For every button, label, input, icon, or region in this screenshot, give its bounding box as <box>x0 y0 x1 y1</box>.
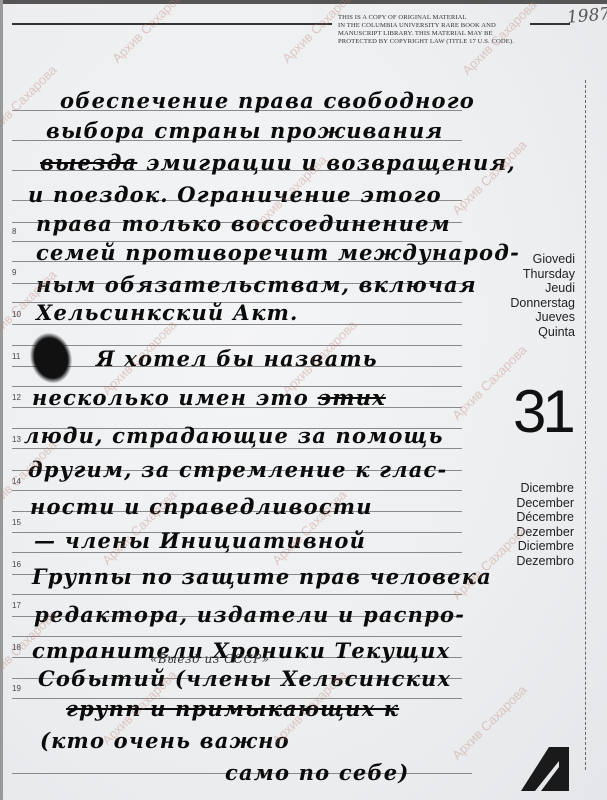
weekday-label: Giovedi <box>510 252 575 267</box>
handwritten-line: редактора, издатели и распро- <box>34 602 465 627</box>
copyright-line: IN THE COLUMBIA UNIVERSITY RARE BOOK AND <box>338 22 526 30</box>
line-number: 15 <box>12 518 21 527</box>
handwritten-line: Я хотел бы назвать <box>96 346 378 371</box>
handwritten-line: Группы по защите прав человека <box>32 564 492 589</box>
ruled-line <box>12 490 462 491</box>
copyright-notice: THIS IS A COPY OF ORIGINAL MATERIAL IN T… <box>338 14 526 48</box>
scribbled-out-word <box>24 327 78 388</box>
month-list: Dicembre December Décembre Dezember Dici… <box>516 481 574 568</box>
handwritten-line: — члены Инициативной <box>34 528 366 553</box>
month-label: Dezembro <box>516 554 574 569</box>
ruled-line <box>12 448 462 449</box>
copyright-line: THIS IS A COPY OF ORIGINAL MATERIAL <box>338 14 526 22</box>
weekday-label: Jueves <box>510 310 575 325</box>
handwritten-line: само по себе) <box>225 760 409 785</box>
line-text: несколько имен это <box>32 385 309 410</box>
month-label: December <box>516 496 574 511</box>
month-label: Dicembre <box>516 481 574 496</box>
handwritten-line: Событий (члены Хельсинских <box>38 666 451 691</box>
line-number: 19 <box>12 684 21 693</box>
handwritten-line: несколько имен это этих <box>32 385 386 410</box>
copyright-line: MANUSCRIPT LIBRARY. THIS MATERIAL MAY BE <box>338 30 526 38</box>
month-label: Décembre <box>516 510 574 525</box>
ruled-line <box>530 23 570 25</box>
weekday-label: Donnerstag <box>510 296 575 311</box>
handwritten-line: выбора страны проживания <box>46 118 443 143</box>
handwritten-line: ным обязательствам, включая <box>36 272 477 297</box>
ruled-line <box>12 23 332 25</box>
watermark: Архив Сахарова <box>109 0 189 66</box>
weekday-label: Thursday <box>510 267 575 282</box>
line-number: 11 <box>12 352 20 361</box>
diary-page: 8 9 10 11 12 13 14 15 16 17 18 19 THIS I… <box>0 0 607 800</box>
day-number: 31 <box>513 377 572 446</box>
page-fold-line <box>585 80 587 770</box>
scan-left-edge <box>0 0 3 800</box>
line-number: 17 <box>12 601 21 610</box>
copyright-line: PROTECTED BY COPYRIGHT LAW (TITLE 17 U.S… <box>338 38 526 46</box>
handwritten-line: ности и справедливости <box>30 494 373 519</box>
crossed-word: этих <box>318 385 386 410</box>
month-label: Dezember <box>516 525 574 540</box>
handwritten-line: Хельсинкский Акт. <box>36 300 299 325</box>
handwritten-line: другим, за стремление к глас- <box>28 457 447 482</box>
watermark: Архив Сахарова <box>449 682 529 762</box>
weekday-label: Jeudi <box>510 281 575 296</box>
line-number: 8 <box>12 227 16 236</box>
ruled-line <box>12 636 462 637</box>
line-number: 10 <box>12 310 21 319</box>
month-label: Diciembre <box>516 539 574 554</box>
year-annotation: 1987 <box>566 4 607 28</box>
handwritten-line: семей противоречит международ- <box>36 240 520 265</box>
handwritten-line: (кто очень важно <box>40 728 290 753</box>
line-number: 13 <box>12 435 21 444</box>
weekday-label: Quinta <box>510 325 575 340</box>
handwritten-line: люди, страдающие за помощь <box>24 423 444 448</box>
line-number: 12 <box>12 393 21 402</box>
weekday-list: Giovedi Thursday Jeudi Donnerstag Jueves… <box>510 252 575 339</box>
crossed-word: выезда <box>40 150 137 175</box>
alitalia-logo-icon <box>519 745 571 791</box>
line-number: 9 <box>12 268 16 277</box>
ruled-line <box>12 594 462 595</box>
line-number: 16 <box>12 560 21 569</box>
inserted-note: «Выезд из СССР» <box>150 652 270 666</box>
handwritten-line: и поездок. Ограничение этого <box>28 182 442 207</box>
line-number: 18 <box>12 643 21 652</box>
handwritten-line: обеспечение права свободного <box>60 88 475 113</box>
line-text: эмиграции и возвращения, <box>146 150 516 175</box>
line-number: 14 <box>12 477 21 486</box>
handwritten-line: выезда эмиграции и возвращения, <box>40 150 516 175</box>
handwritten-line: групп и примыкающих к <box>66 696 399 721</box>
handwritten-line: права только воссоединением <box>36 211 451 236</box>
scan-top-edge <box>0 0 607 4</box>
